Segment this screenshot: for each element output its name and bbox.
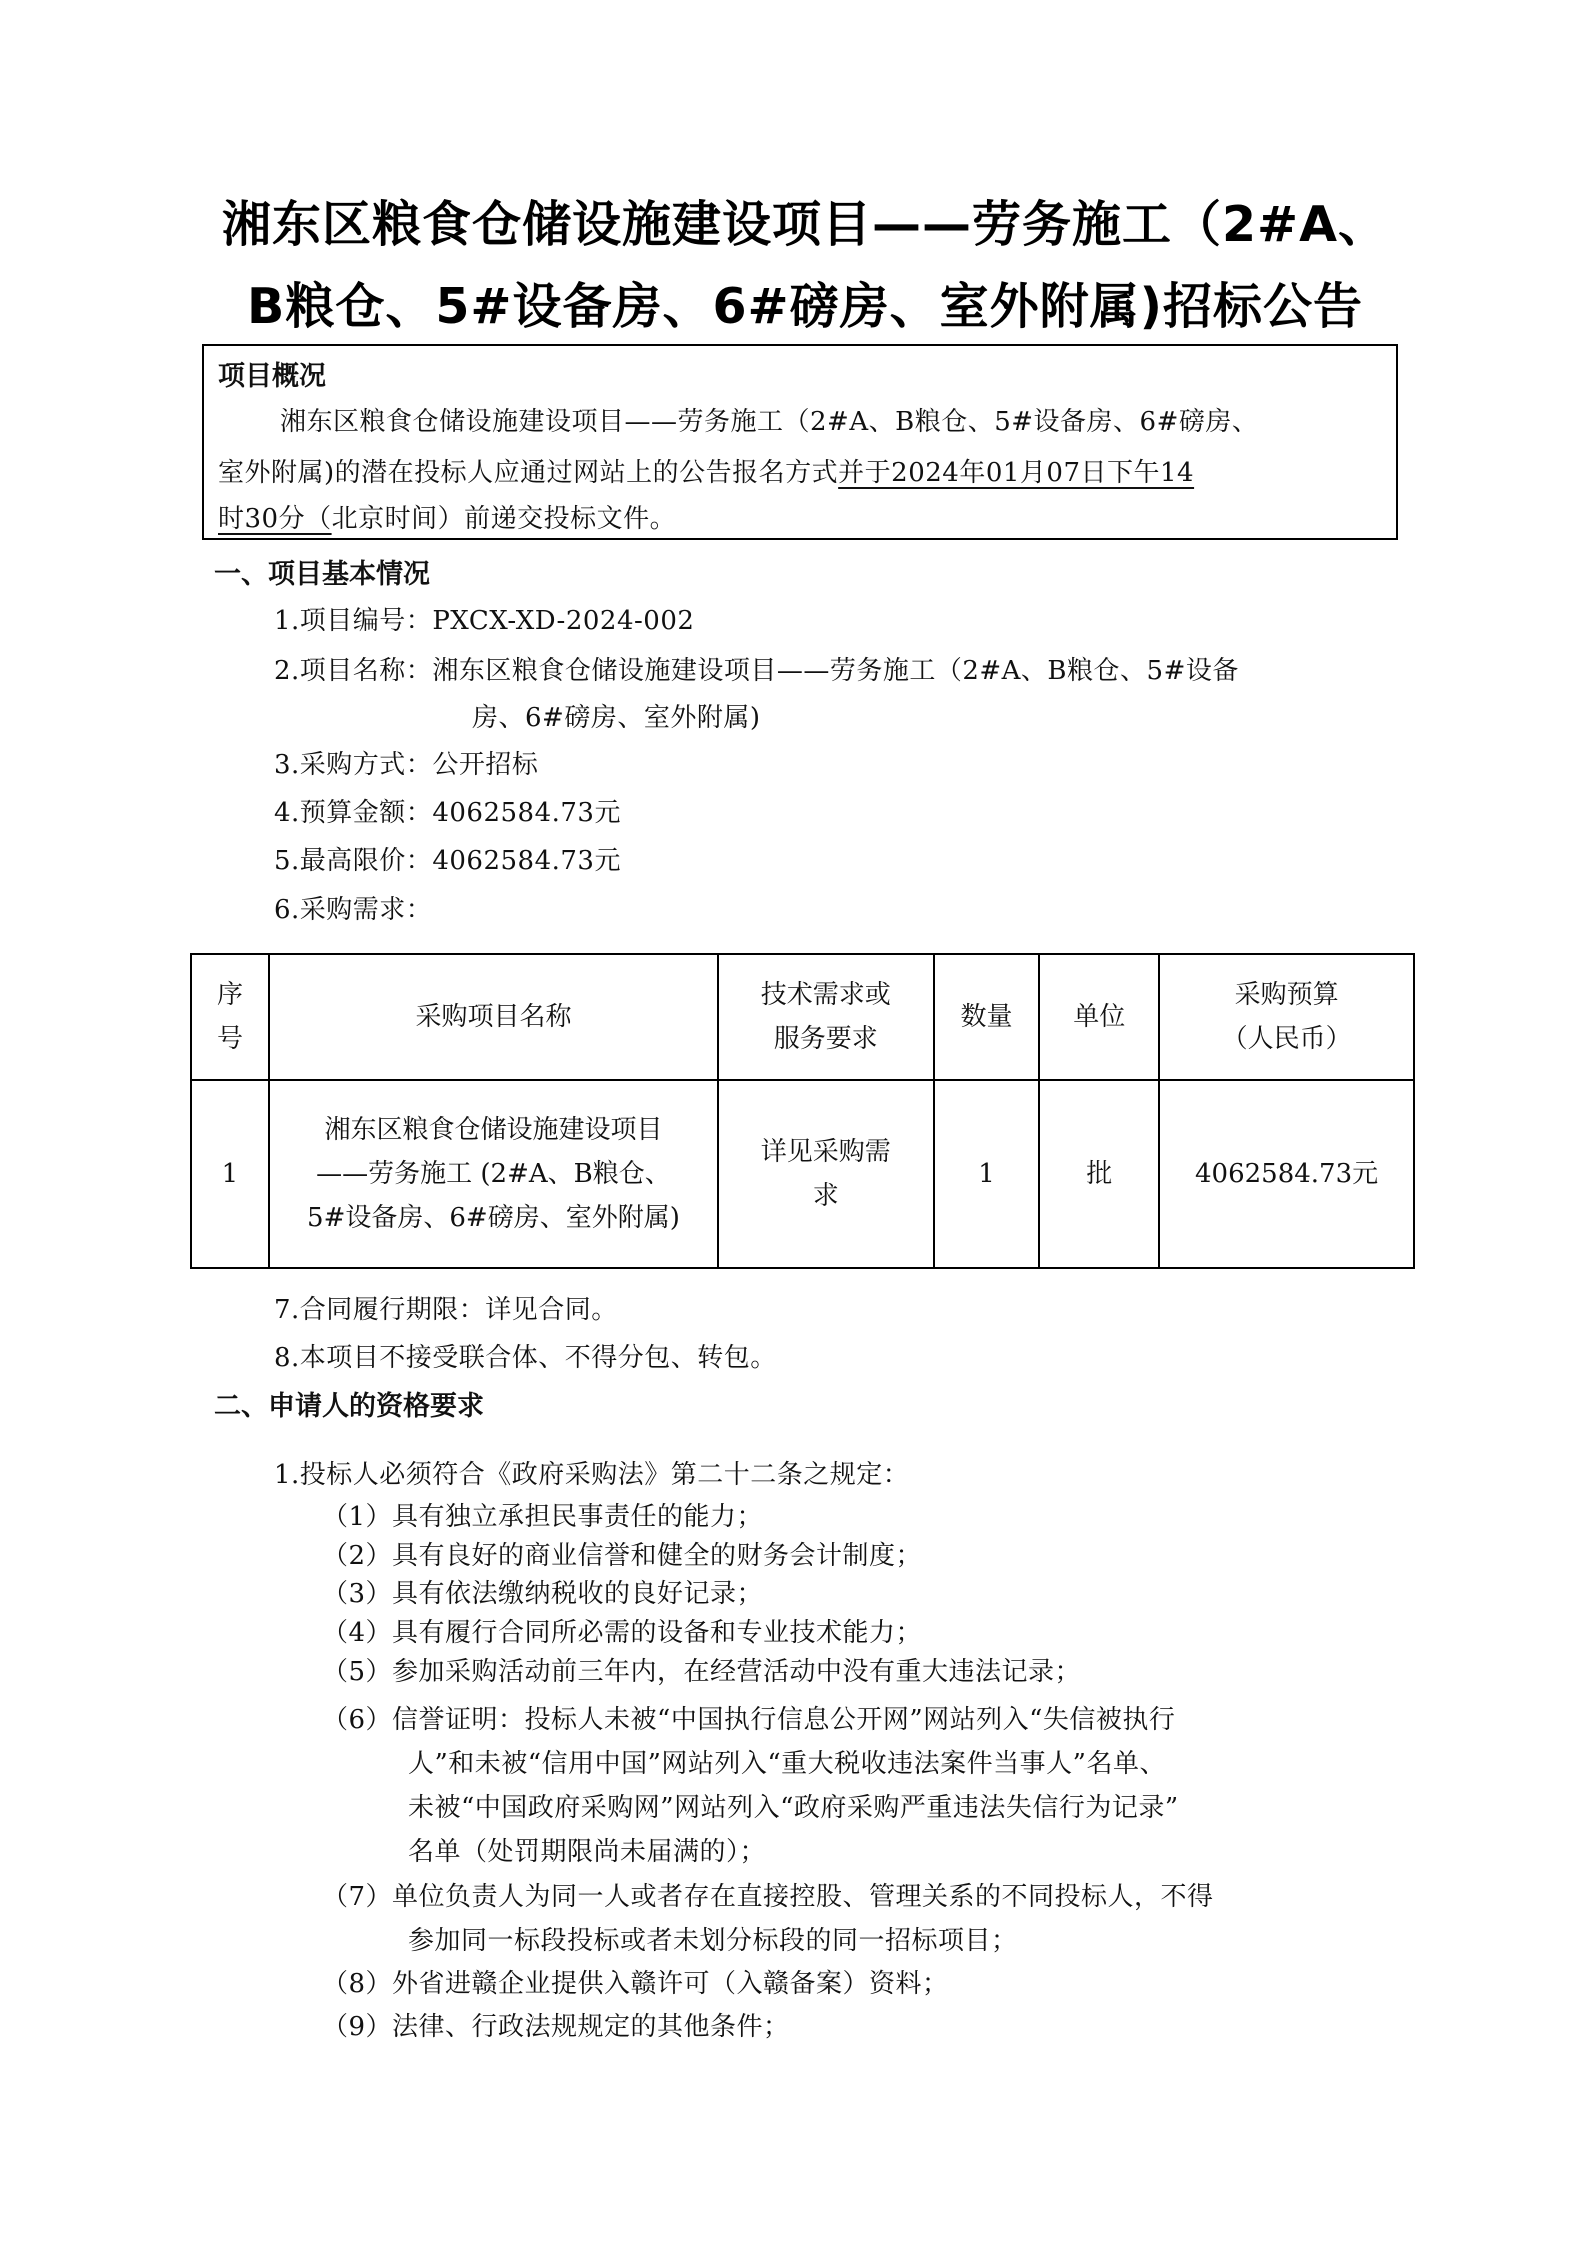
- item-label: 6.采购需求：: [274, 895, 432, 925]
- qualification-4: （4）具有履行合同所必需的设备和专业技术能力；: [322, 1612, 922, 1649]
- deadline-underlined: 并于2024年01月07日下午14: [838, 458, 1194, 488]
- qualification-6-cont-3: 名单（处罚期限尚未届满的）；: [408, 1831, 766, 1868]
- qualification-6-cont-2: 未被“中国政府采购网”网站列入“政府采购严重违法失信行为记录”: [408, 1787, 1179, 1824]
- overview-text-cont: 北京时间）前递交投标文件。: [332, 504, 677, 534]
- cell-unit: 批: [1039, 1080, 1159, 1268]
- item-max-price: 5.最高限价：4062584.73元: [274, 840, 621, 877]
- item-label: 4.预算金额：: [274, 798, 432, 828]
- qualification-7: （7）单位负责人为同一人或者存在直接控股、管理关系的不同投标人，不得: [322, 1876, 1214, 1913]
- cell-tech-requirements: 详见采购需求: [718, 1080, 934, 1268]
- qualification-5: （5）参加采购活动前三年内，在经营活动中没有重大违法记录；: [322, 1651, 1081, 1688]
- header-text: 序: [198, 973, 262, 1017]
- item-label: 1.项目编号：: [274, 606, 432, 636]
- deadline-underlined-cont: 时30分（: [218, 504, 332, 534]
- qualification-1: （1）具有独立承担民事责任的能力；: [322, 1496, 763, 1533]
- document-page: 湘东区粮食仓储设施建设项目——劳务施工（2#A、 B粮仓、5#设备房、6#磅房、…: [0, 0, 1587, 2245]
- qualification-7-cont: 参加同一标段投标或者未划分标段的同一招标项目；: [408, 1920, 1018, 1957]
- qualification-2: （2）具有良好的商业信誉和健全的财务会计制度；: [322, 1535, 922, 1572]
- header-index: 序号: [191, 954, 269, 1080]
- table-header-row: 序号 采购项目名称 技术需求或服务要求 数量 单位 采购预算（人民币）: [191, 954, 1414, 1080]
- budget-amount-value: 4062584.73元: [432, 798, 621, 828]
- cell-budget: 4062584.73元: [1159, 1080, 1414, 1268]
- cell-text: 5#设备房、6#磅房、室外附属): [276, 1196, 711, 1240]
- procurement-method-value: 公开招标: [432, 750, 538, 780]
- cell-quantity: 1: [934, 1080, 1040, 1268]
- overview-line-1: 湘东区粮食仓储设施建设项目——劳务施工（2#A、B粮仓、5#设备房、6#磅房、: [280, 401, 1258, 438]
- header-budget: 采购预算（人民币）: [1159, 954, 1414, 1080]
- project-number-value: PXCX-XD-2024-002: [432, 606, 694, 636]
- item-project-number: 1.项目编号：PXCX-XD-2024-002: [274, 600, 694, 637]
- project-name-value: 湘东区粮食仓储设施建设项目——劳务施工（2#A、B粮仓、5#设备: [432, 656, 1239, 686]
- item-label: 5.最高限价：: [274, 846, 432, 876]
- item-no-consortium: 8.本项目不接受联合体、不得分包、转包。: [274, 1337, 777, 1374]
- item-budget-amount: 4.预算金额：4062584.73元: [274, 792, 621, 829]
- qualification-8: （8）外省进赣企业提供入赣许可（入赣备案）资料；: [322, 1963, 949, 2000]
- overview-text: 室外附属)的潜在投标人应通过网站上的公告报名方式: [218, 458, 838, 488]
- header-text: 技术需求或: [725, 973, 927, 1017]
- document-title-line2: B粮仓、5#设备房、6#磅房、室外附属)招标公告: [200, 268, 1410, 338]
- header-text: 采购预算: [1166, 973, 1407, 1017]
- header-unit: 单位: [1039, 954, 1159, 1080]
- header-text: 号: [198, 1017, 262, 1061]
- overview-line-2: 室外附属)的潜在投标人应通过网站上的公告报名方式并于2024年01月07日下午1…: [218, 452, 1194, 489]
- table-row: 1 湘东区粮食仓储设施建设项目——劳务施工 (2#A、B粮仓、5#设备房、6#磅…: [191, 1080, 1414, 1268]
- item-procurement-requirements: 6.采购需求：: [274, 889, 432, 926]
- cell-item-name: 湘东区粮食仓储设施建设项目——劳务施工 (2#A、B粮仓、5#设备房、6#磅房、…: [269, 1080, 718, 1268]
- document-title-line1: 湘东区粮食仓储设施建设项目——劳务施工（2#A、: [200, 186, 1410, 256]
- item-procurement-method: 3.采购方式：公开招标: [274, 744, 538, 781]
- cell-text: ——劳务施工 (2#A、B粮仓、: [276, 1152, 711, 1196]
- header-quantity: 数量: [934, 954, 1040, 1080]
- overview-heading: 项目概况: [218, 354, 326, 393]
- project-overview-box: 项目概况 湘东区粮食仓储设施建设项目——劳务施工（2#A、B粮仓、5#设备房、6…: [202, 344, 1398, 540]
- item-procurement-law: 1.投标人必须符合《政府采购法》第二十二条之规定：: [274, 1454, 909, 1491]
- qualification-3: （3）具有依法缴纳税收的良好记录；: [322, 1573, 763, 1610]
- item-label: 2.项目名称：: [274, 656, 432, 686]
- qualification-9: （9）法律、行政法规规定的其他条件；: [322, 2006, 790, 2043]
- item-label: 3.采购方式：: [274, 750, 432, 780]
- qualification-6-cont-1: 人”和未被“信用中国”网站列入“重大税收违法案件当事人”名单、: [408, 1743, 1166, 1780]
- max-price-value: 4062584.73元: [432, 846, 621, 876]
- cell-text: 湘东区粮食仓储设施建设项目: [276, 1108, 711, 1152]
- overview-line-3: 时30分（北京时间）前递交投标文件。: [218, 498, 676, 535]
- header-item-name: 采购项目名称: [269, 954, 718, 1080]
- project-name-value-cont: 房、6#磅房、室外附属): [472, 697, 760, 734]
- header-text: 服务要求: [725, 1017, 927, 1061]
- header-tech-requirements: 技术需求或服务要求: [718, 954, 934, 1080]
- procurement-requirements-table: 序号 采购项目名称 技术需求或服务要求 数量 单位 采购预算（人民币） 1 湘东…: [190, 953, 1415, 1269]
- section-heading-basic-info: 一、项目基本情况: [214, 552, 430, 591]
- item-project-name: 2.项目名称：湘东区粮食仓储设施建设项目——劳务施工（2#A、B粮仓、5#设备: [274, 650, 1239, 687]
- qualification-6: （6）信誉证明：投标人未被“中国执行信息公开网”网站列入“失信被执行: [322, 1699, 1175, 1736]
- header-text: （人民币）: [1166, 1017, 1407, 1061]
- cell-text: 求: [725, 1174, 927, 1218]
- cell-text: 详见采购需: [725, 1130, 927, 1174]
- cell-index: 1: [191, 1080, 269, 1268]
- item-contract-period: 7.合同履行期限：详见合同。: [274, 1289, 618, 1326]
- section-heading-qualifications: 二、申请人的资格要求: [214, 1384, 484, 1423]
